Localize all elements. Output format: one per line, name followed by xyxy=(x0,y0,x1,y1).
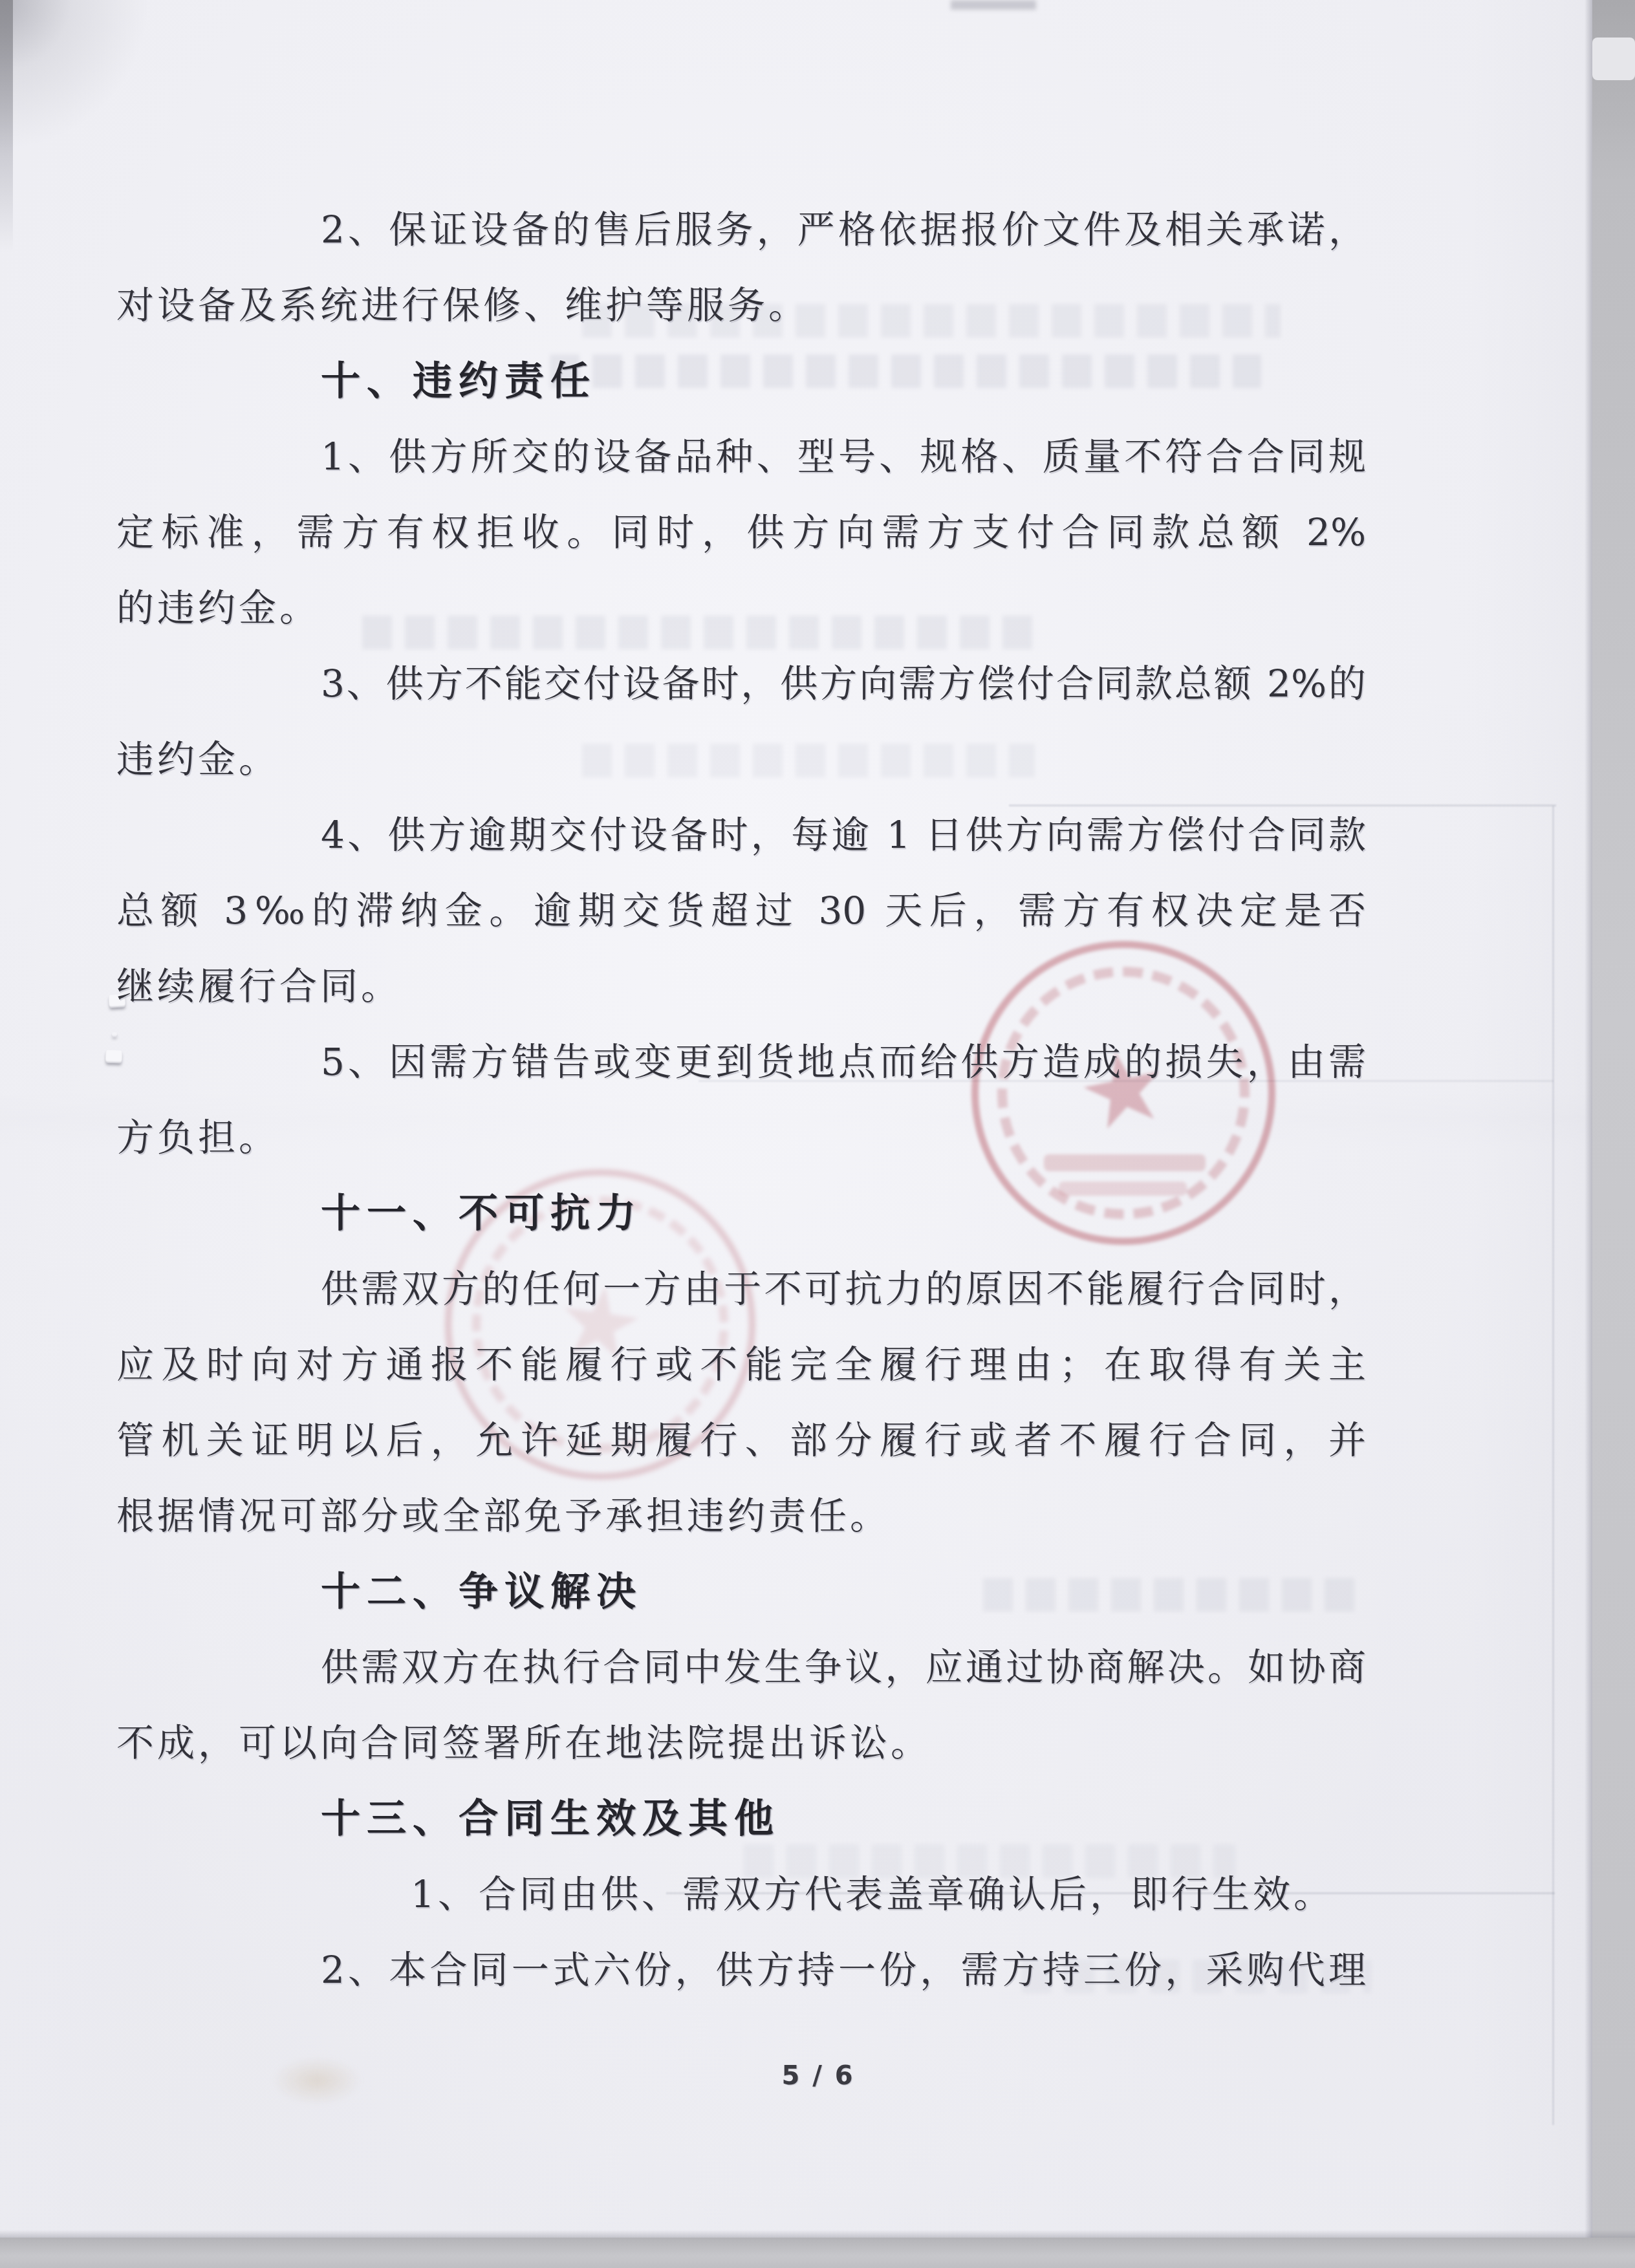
contract-line: 继续履行合同。 xyxy=(116,949,1366,1024)
contract-line: 方负担。 xyxy=(116,1100,1366,1176)
section-heading: 十一、不可抗力 xyxy=(116,1176,1366,1251)
scanned-contract-page: ★ ★ 2、保证设备的售后服务，严格依据报价文件及相关承诺，对设备及系统进行保修… xyxy=(0,0,1635,2268)
contract-line: 供需双方在执行合同中发生争议，应通过协商解决。如协商 xyxy=(116,1630,1366,1705)
contract-line: 2、保证设备的售后服务，严格依据报价文件及相关承诺， xyxy=(116,192,1366,268)
contract-line: 2、本合同一式六份，供方持一份，需方持三份，采购代理 xyxy=(116,1932,1366,2008)
contract-line: 根据情况可部分或全部免予承担违约责任。 xyxy=(116,1478,1366,1554)
contract-line: 供需双方的任何一方由于不可抗力的原因不能履行合同时， xyxy=(116,1251,1366,1327)
contract-line: 的违约金。 xyxy=(116,570,1366,646)
contract-line: 应及时向对方通报不能履行或不能完全履行理由；在取得有关主 xyxy=(116,1327,1366,1403)
contract-line: 5、因需方错告或变更到货地点而给供方造成的损失，由需 xyxy=(116,1024,1366,1100)
contract-line: 定标准，需方有权拒收。同时，供方向需方支付合同款总额 2% xyxy=(116,495,1366,570)
contract-line: 4、供方逾期交付设备时，每逾 1 日供方向需方偿付合同款 xyxy=(116,797,1366,873)
page-number: 5 / 6 xyxy=(750,2044,886,2108)
contract-line: 不成，可以向合同签署所在地法院提出诉讼。 xyxy=(116,1705,1366,1781)
section-heading: 十三、合同生效及其他 xyxy=(116,1781,1366,1857)
section-heading: 十、违约责任 xyxy=(116,343,1366,419)
contract-line: 3、供方不能交付设备时，供方向需方偿付合同款总额 2%的 xyxy=(116,646,1366,722)
contract-text-layer: 2、保证设备的售后服务，严格依据报价文件及相关承诺，对设备及系统进行保修、维护等… xyxy=(0,0,1635,2268)
contract-line: 管机关证明以后，允许延期履行、部分履行或者不履行合同，并 xyxy=(116,1403,1366,1478)
contract-line: 违约金。 xyxy=(116,722,1366,797)
contract-line: 1、合同由供、需双方代表盖章确认后，即行生效。 xyxy=(116,1857,1366,1932)
contract-line: 1、供方所交的设备品种、型号、规格、质量不符合合同规 xyxy=(116,419,1366,495)
section-heading: 十二、争议解决 xyxy=(116,1554,1366,1630)
contract-line: 总额 3‰的滞纳金。逾期交货超过 30 天后，需方有权决定是否 xyxy=(116,873,1366,949)
contract-line: 对设备及系统进行保修、维护等服务。 xyxy=(116,268,1366,343)
